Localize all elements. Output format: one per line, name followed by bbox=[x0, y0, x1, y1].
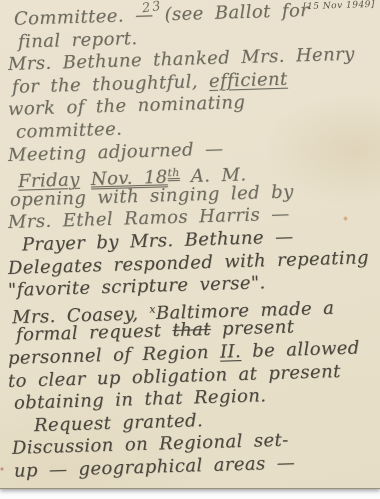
paper-speck bbox=[343, 216, 348, 221]
text-segment: be allowed bbox=[241, 337, 360, 362]
text-segment: that bbox=[172, 319, 211, 341]
text-segment: efficient bbox=[209, 68, 288, 91]
paper-speck bbox=[0, 467, 4, 471]
text-segment: committee. bbox=[16, 119, 123, 143]
text-segment: formal request bbox=[16, 320, 173, 346]
scan-edge bbox=[0, 489, 380, 499]
text-segment: II. bbox=[220, 341, 242, 363]
scan-background: 23 [15 Nov 1949] Committee. — (see Ballo… bbox=[0, 0, 380, 499]
text-segment: present bbox=[211, 317, 295, 340]
text-segment: final report. bbox=[18, 28, 138, 53]
handwriting-lines: Committee. — (see Ballot forfinal report… bbox=[6, 9, 380, 483]
text-segment: th bbox=[167, 166, 179, 179]
notebook-page: 23 [15 Nov 1949] Committee. — (see Ballo… bbox=[0, 0, 380, 489]
